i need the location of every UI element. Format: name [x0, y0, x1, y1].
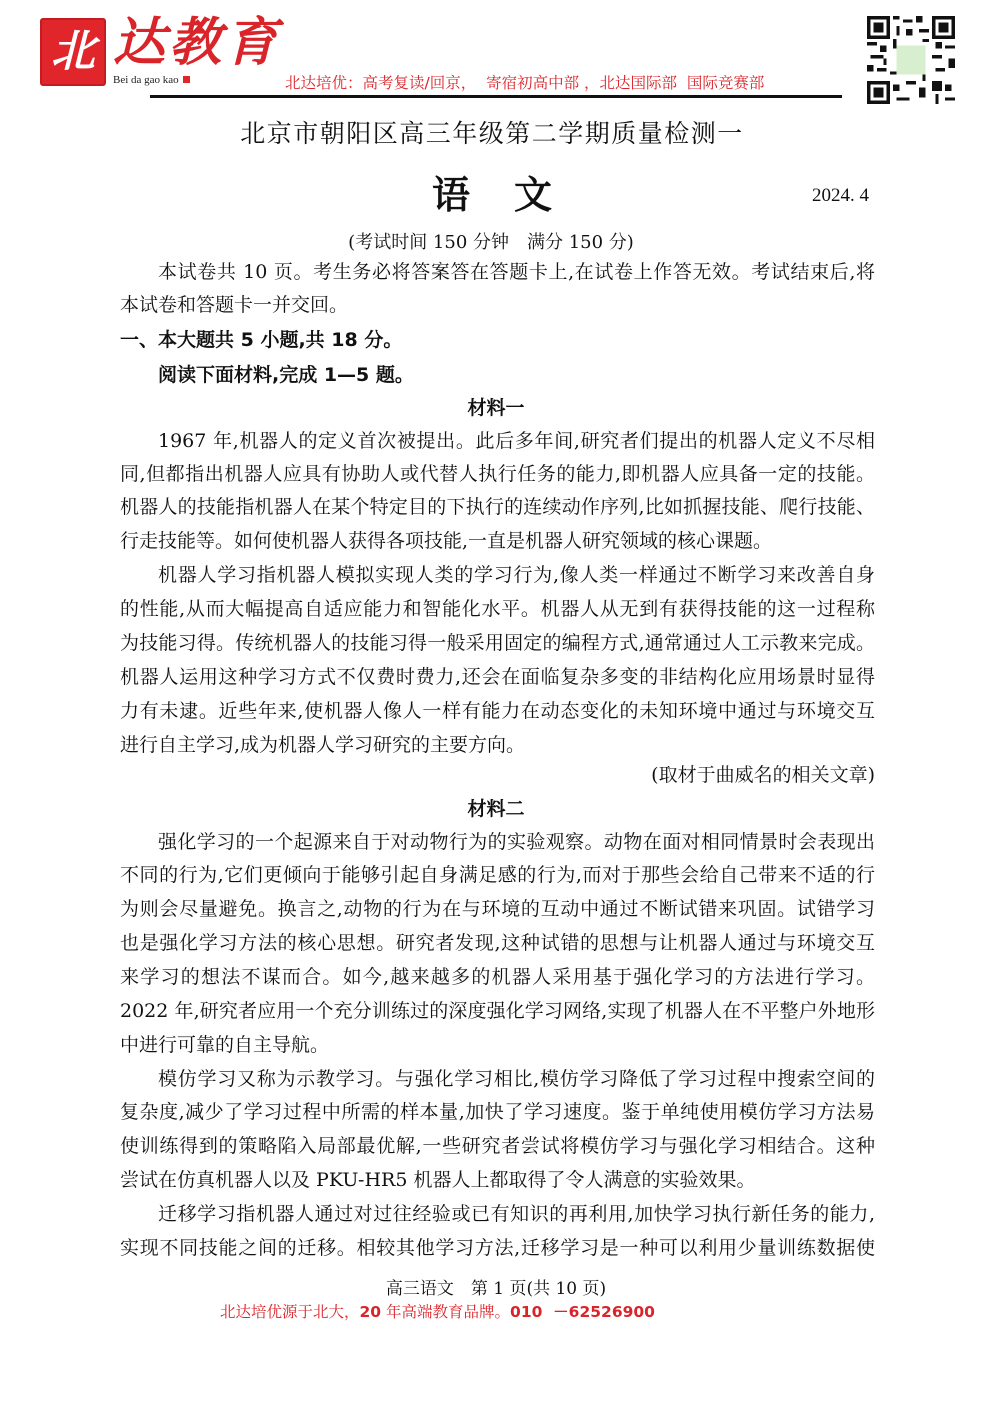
paragraph-line: 力有未逮。近些年来,使机器人像人一样有能力在动态变化的未知环境中通过与环境交互 [120, 702, 875, 721]
subject-char-2: 文 [514, 173, 552, 217]
subject-char-1: 语 [432, 173, 470, 217]
paragraph-line: 来学习的想法不谋而合。如今,越来越多的机器人采用基于强化学习的方法进行学习。 [120, 968, 875, 987]
section-directive: 阅读下面材料,完成 1—5 题。 [158, 366, 875, 385]
footer-ad-phone: 010 －62526900 [510, 1303, 655, 1321]
paragraph-line: 行走技能等。如何使机器人获得各项技能,一直是机器人研究领域的核心课题。 [120, 532, 875, 551]
exam-title: 北京市朝阳区高三年级第二学期质量检测一 [0, 114, 992, 150]
paragraph-line: 机器人学习指机器人模拟实现人类的学习行为,像人类一样通过不断学习来改善自身 [158, 566, 875, 585]
paragraph-line: 复杂度,减少了学习过程中所需的样本量,加快了学习速度。鉴于单纯使用模仿学习方法易 [120, 1103, 875, 1122]
instructions-line-1: 本试卷共 10 页。考生务必将答案答在答题卡上,在试卷上作答无效。考试结束后,将 [158, 263, 875, 282]
paragraph-line: 模仿学习又称为示教学习。与强化学习相比,模仿学习降低了学习过程中搜索空间的 [158, 1070, 875, 1089]
paragraph-line: 的性能,从而大幅提高自适应能力和智能化水平。机器人从无到有获得技能的这一过程称 [120, 600, 875, 619]
brand-subtitle: Bei da gao kao [113, 74, 190, 86]
qr-code-icon [864, 13, 958, 107]
material-2-title: 材料二 [0, 800, 992, 819]
paragraph-line: 强化学习的一个起源来自于对动物行为的实验观察。动物在面对相同情景时会表现出 [158, 833, 875, 852]
footer-ad-text-2: 年高端教育品牌。 [381, 1303, 510, 1321]
brand-subtitle-text: Bei da gao kao [113, 74, 179, 86]
paragraph-line: 进行自主学习,成为机器人学习研究的主要方向。 [120, 736, 875, 755]
paragraph-line: 实现不同技能之间的迁移。相较其他学习方法,迁移学习是一种可以利用少量训练数据使 [120, 1239, 875, 1258]
brand-name: 达教育 [113, 14, 281, 71]
page-number: 高三语文 第 1 页(共 10 页) [0, 1274, 992, 1299]
paragraph-line: 使训练得到的策略陷入局部最优解,一些研究者尝试将模仿学习与强化学习相结合。这种 [120, 1137, 875, 1156]
paragraph-line: 机器人的技能指机器人在某个特定目的下执行的连续动作序列,比如抓握技能、爬行技能、 [120, 498, 875, 517]
paragraph-line: 机器人运用这种学习方式不仅费时费力,还会在面临复杂多变的非结构化应用场景时显得 [120, 668, 875, 687]
footer-ad: 北达培优源于北大，20 年高端教育品牌。010 －62526900 [220, 1300, 655, 1322]
paragraph-line: 2022 年,研究者应用一个充分训练过的深度强化学习网络,实现了机器人在不平整户… [120, 1002, 875, 1021]
header-divider [150, 95, 842, 98]
instructions-line-2: 本试卷和答题卡一并交回。 [120, 296, 875, 315]
paragraph-line: 尝试在仿真机器人以及 PKU-HR5 机器人上都取得了令人满意的实验效果。 [120, 1171, 875, 1190]
section-heading: 一、本大题共 5 小题,共 18 分。 [120, 331, 875, 350]
exam-date: 2024. 4 [812, 185, 869, 207]
red-square-icon [183, 76, 190, 83]
paragraph-line: 迁移学习指机器人通过对过往经验或已有知识的再利用,加快学习执行新任务的能力, [158, 1205, 875, 1224]
paragraph-line: 为则会尽量避免。换言之,动物的行为在与环境的互动中通过不断试错来巩固。试错学习 [120, 900, 875, 919]
paragraph-line: 为技能习得。传统机器人的技能习得一般采用固定的编程方式,通常通过人工示教来完成。 [120, 634, 875, 653]
paragraph-line: 1967 年,机器人的定义首次被提出。此后多年间,研究者们提出的机器人定义不尽相 [158, 432, 875, 451]
logo-char: 北 [51, 30, 95, 74]
paragraph-line: 也是强化学习方法的核心思想。研究者发现,这种试错的思想与让机器人通过与环境交互 [120, 934, 875, 953]
promo-banner: 北达培优：高考复读/回京， 寄宿初高中部 ，北达国际部 国际竞赛部 [285, 71, 764, 93]
paragraph-line: 中进行可靠的自主导航。 [120, 1036, 875, 1055]
paragraph-line: 不同的行为,它们更倾向于能够引起自身满足感的行为,而对于那些会给自己带来不适的行 [120, 866, 875, 885]
paragraph-line: 同,但都指出机器人应具有协助人或代替人执行任务的能力,即机器人应具备一定的技能。 [120, 465, 875, 484]
material-1-title: 材料一 [0, 399, 992, 418]
exam-info: (考试时间 150 分钟 满分 150 分) [0, 228, 992, 254]
material-1-source: (取材于曲威名的相关文章) [120, 766, 875, 785]
footer-ad-text-1: 北达培优源于北大， [220, 1303, 360, 1321]
footer-ad-years: 20 [360, 1303, 382, 1321]
logo-mark: 北 [40, 18, 106, 86]
